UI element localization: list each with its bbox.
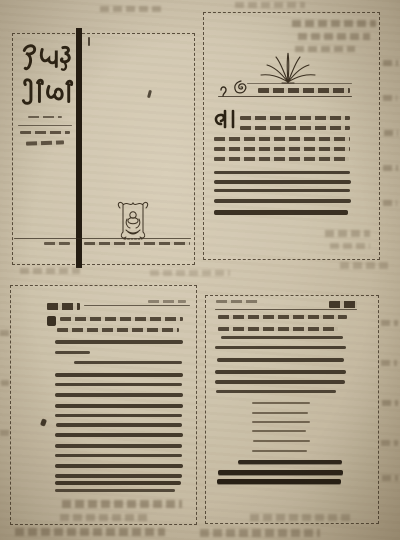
bleed-through-mark — [15, 528, 165, 536]
chapter-number — [219, 85, 228, 98]
bleed-through-mark — [100, 6, 164, 12]
bleed-through-mark — [383, 95, 397, 101]
bleed-through-mark — [150, 270, 230, 276]
bleed-through-mark — [381, 360, 397, 366]
bleed-through-mark — [383, 165, 398, 171]
bleed-through-mark — [382, 475, 398, 481]
bleed-through-mark — [381, 320, 398, 326]
bleed-through-mark — [383, 200, 397, 206]
bleed-through-mark — [1, 380, 9, 386]
bleed-through-mark — [381, 440, 398, 446]
lotus-ornament-icon — [256, 48, 320, 86]
bleed-through-mark — [20, 268, 80, 274]
bleed-through-mark — [0, 330, 9, 336]
publisher-emblem-icon — [112, 196, 154, 244]
recto-page-panel — [205, 295, 379, 524]
verso-page-panel — [10, 285, 197, 525]
bleed-through-mark — [382, 400, 398, 406]
bleed-through-mark — [383, 60, 398, 66]
drop-cap — [212, 106, 238, 132]
book-spine-bar — [76, 28, 82, 268]
bleed-through-mark — [235, 2, 305, 8]
bleed-through-mark — [0, 430, 9, 436]
conch-spiral-icon — [233, 80, 248, 95]
bleed-through-mark — [384, 130, 398, 136]
book-title-word1 — [19, 42, 71, 74]
bleed-through-mark — [200, 529, 320, 537]
book-title-word2 — [19, 77, 75, 111]
bleed-through-mark — [340, 262, 390, 269]
scanned-book-sheet: રખડુ ટોળી (ટોળી બીજી) ગુજરાતનાં બાળકોના … — [0, 0, 400, 540]
